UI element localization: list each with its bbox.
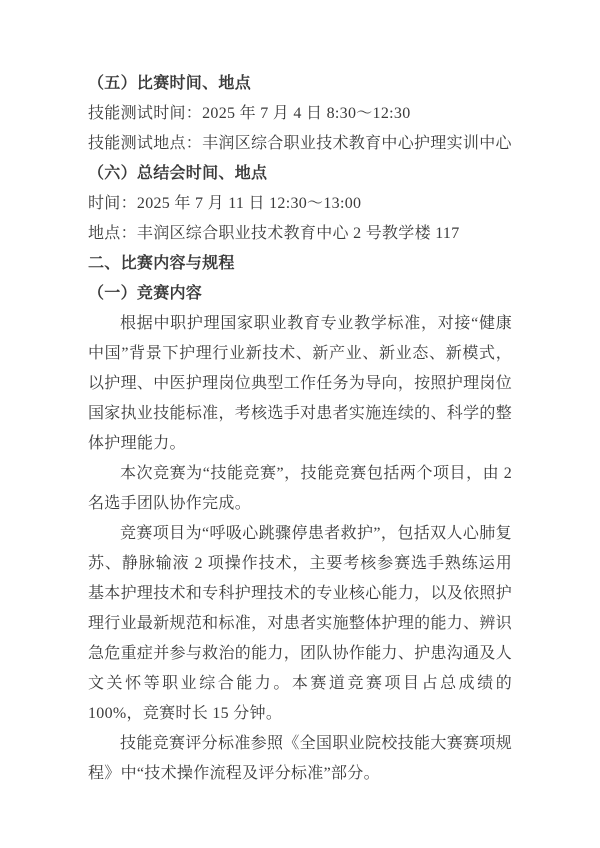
summary-meeting-place-line: 地点：丰润区综合职业技术教育中心 2 号教学楼 117 bbox=[88, 219, 512, 249]
paragraph-scoring-standard: 技能竞赛评分标准参照《全国职业院校技能大赛赛项规程》中“技术操作流程及评分标准”… bbox=[88, 729, 512, 789]
subsection-heading-6: （六）总结会时间、地点 bbox=[88, 159, 512, 189]
paragraph-competition-items: 竞赛项目为“呼吸心跳骤停患者救护”，包括双人心肺复苏、静脉输液 2 项操作技术，… bbox=[88, 519, 512, 729]
paragraph-competition-basis: 根据中职护理国家职业教育专业教学标准，对接“健康中国”背景下护理行业新技术、新产… bbox=[88, 309, 512, 459]
subsection-heading-5: （五）比赛时间、地点 bbox=[88, 69, 512, 99]
skill-test-time-line: 技能测试时间：2025 年 7 月 4 日 8:30～12:30 bbox=[88, 99, 512, 129]
subsection-heading-1: （一）竞赛内容 bbox=[88, 279, 512, 309]
skill-test-location-line: 技能测试地点：丰润区综合职业技术教育中心护理实训中心 bbox=[88, 129, 512, 159]
document-content: （五）比赛时间、地点 技能测试时间：2025 年 7 月 4 日 8:30～12… bbox=[88, 69, 512, 789]
summary-meeting-time-line: 时间：2025 年 7 月 11 日 12:30～13:00 bbox=[88, 189, 512, 219]
document-page: （五）比赛时间、地点 技能测试时间：2025 年 7 月 4 日 8:30～12… bbox=[0, 0, 600, 848]
paragraph-competition-type: 本次竞赛为“技能竞赛”，技能竞赛包括两个项目，由 2 名选手团队协作完成。 bbox=[88, 459, 512, 519]
section-heading-2: 二、比赛内容与规程 bbox=[88, 249, 512, 279]
